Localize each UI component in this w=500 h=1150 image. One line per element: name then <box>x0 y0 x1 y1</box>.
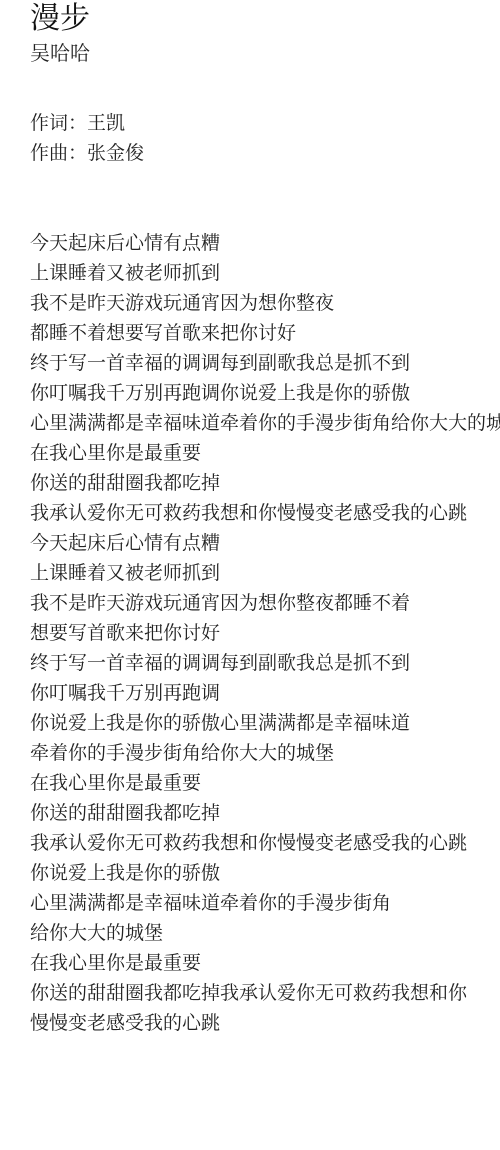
lyric-line: 今天起床后心情有点糟 <box>30 228 500 258</box>
composer-credit: 作曲：张金俊 <box>30 138 144 168</box>
lyric-line: 你说爱上我是你的骄傲 <box>30 858 500 888</box>
lyric-line: 想要写首歌来把你讨好 <box>30 618 500 648</box>
lyric-line: 慢慢变老感受我的心跳 <box>30 1008 500 1038</box>
lyric-line: 你送的甜甜圈我都吃掉我承认爱你无可救药我想和你 <box>30 978 500 1008</box>
song-title: 漫步 <box>30 0 90 38</box>
lyric-line: 给你大大的城堡 <box>30 918 500 948</box>
lyric-line: 上课睡着又被老师抓到 <box>30 258 500 288</box>
lyric-line: 心里满满都是幸福味道牵着你的手漫步街角 <box>30 888 500 918</box>
lyric-line: 我承认爱你无可救药我想和你慢慢变老感受我的心跳 <box>30 828 500 858</box>
credits: 作词：王凯 作曲：张金俊 <box>30 108 144 168</box>
lyric-line: 我不是昨天游戏玩通宵因为想你整夜 <box>30 288 500 318</box>
lyric-line: 在我心里你是最重要 <box>30 768 500 798</box>
lyricist-credit: 作词：王凯 <box>30 108 144 138</box>
lyric-line: 我不是昨天游戏玩通宵因为想你整夜都睡不着 <box>30 588 500 618</box>
lyric-line: 你送的甜甜圈我都吃掉 <box>30 468 500 498</box>
lyric-line: 心里满满都是幸福味道牵着你的手漫步街角给你大大的城堡 <box>30 408 500 438</box>
lyric-line: 你叮嘱我千万别再跑调你说爱上我是你的骄傲 <box>30 378 500 408</box>
lyric-line: 你说爱上我是你的骄傲心里满满都是幸福味道 <box>30 708 500 738</box>
song-artist: 吴哈哈 <box>30 39 90 67</box>
lyric-line: 你送的甜甜圈我都吃掉 <box>30 798 500 828</box>
lyric-line: 终于写一首幸福的调调每到副歌我总是抓不到 <box>30 648 500 678</box>
lyric-line: 你叮嘱我千万别再跑调 <box>30 678 500 708</box>
lyric-line: 都睡不着想要写首歌来把你讨好 <box>30 318 500 348</box>
lyric-line: 我承认爱你无可救药我想和你慢慢变老感受我的心跳 <box>30 498 500 528</box>
lyric-line: 在我心里你是最重要 <box>30 948 500 978</box>
lyric-line: 终于写一首幸福的调调每到副歌我总是抓不到 <box>30 348 500 378</box>
lyric-line: 今天起床后心情有点糟 <box>30 528 500 558</box>
lyric-line: 上课睡着又被老师抓到 <box>30 558 500 588</box>
lyric-line: 在我心里你是最重要 <box>30 438 500 468</box>
lyric-line: 牵着你的手漫步街角给你大大的城堡 <box>30 738 500 768</box>
lyrics-body: 今天起床后心情有点糟 上课睡着又被老师抓到 我不是昨天游戏玩通宵因为想你整夜 都… <box>30 228 500 1038</box>
